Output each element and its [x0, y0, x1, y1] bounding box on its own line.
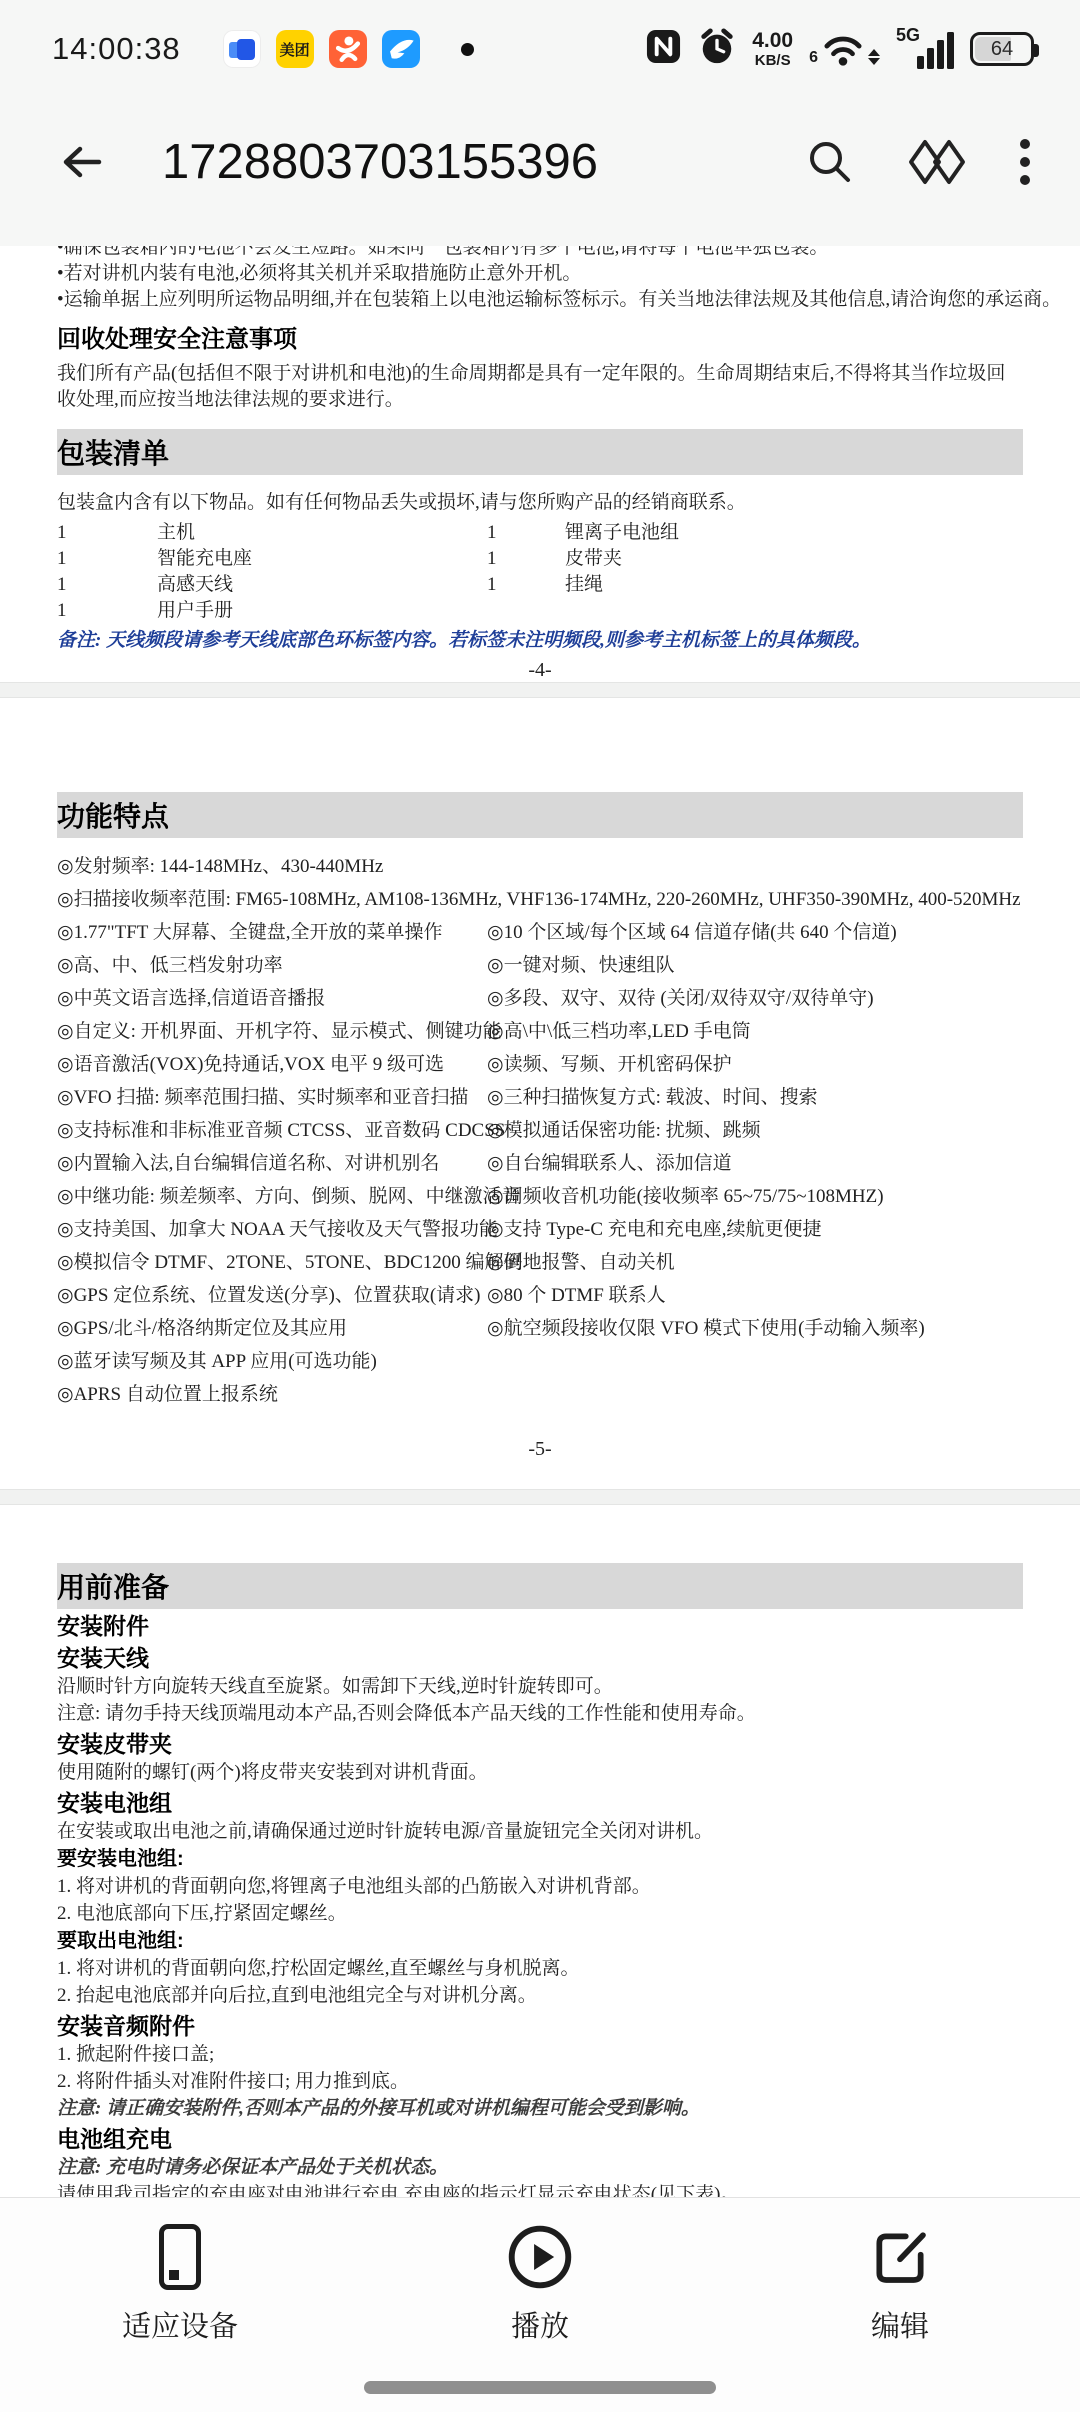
wifi-icon — [820, 30, 866, 68]
document-title: 1728803703155396 — [162, 134, 598, 190]
feature-item: ◎航空频段接收仅限 VFO 模式下使用(手动输入频率) — [487, 1312, 1023, 1345]
body-text: 注意: 请勿手持天线顶端甩动本产品,否则会降低本产品天线的工作性能和使用寿命。 — [57, 1700, 1023, 1727]
packing-list: 1主机1锂离子电池组 1智能充电座1皮带夹 1高感天线1挂绳 1用户手册 — [57, 520, 1023, 624]
feature-item: ◎发射频率: 144-148MHz、430-440MHz — [57, 850, 1023, 883]
feature-item: ◎GPS 定位系统、位置发送(分享)、位置获取(请求) — [57, 1279, 487, 1312]
cellular-signal: 5G — [896, 27, 954, 71]
edit-icon — [869, 2224, 931, 2290]
fit-device-icon — [159, 2224, 201, 2290]
manual-page-4: •确保包装箱内的电池不会发生短路。如果同一包装箱内有多个电池,请将每个电池单独包… — [0, 246, 1080, 682]
signal-bars-icon — [917, 32, 954, 69]
battery-level: 64 — [991, 38, 1013, 61]
numbered-step: 1. 将对讲机的背面朝向您,将锂离子电池组头部的凸筋嵌入对讲机背部。 — [57, 1873, 1023, 1900]
sub-heading: 安装附件 — [57, 1612, 1023, 1641]
caution-note: 注意: 充电时请务必保证本产品处于关机状态。 — [57, 2154, 1023, 2181]
body-text: 使用随附的螺钉(两个)将皮带夹安装到对讲机背面。 — [57, 1759, 1023, 1786]
sub-heading: 安装音频附件 — [57, 2012, 1023, 2041]
numbered-step: 1. 掀起附件接口盖; — [57, 2041, 1023, 2068]
minor-heading: 要取出电池组: — [57, 1927, 1023, 1955]
alarm-clock-icon — [698, 28, 736, 71]
feature-item: ◎10 个区域/每个区域 64 信道存储(共 640 个信道) — [487, 916, 1023, 949]
features-header: 功能特点 — [57, 792, 1023, 838]
notification-dot-icon — [461, 43, 474, 56]
feature-item: ◎扫描接收频率范围: FM65-108MHz, AM108-136MHz, VH… — [57, 883, 1023, 916]
minor-heading: 要安装电池组: — [57, 1845, 1023, 1873]
feature-item: ◎多段、双守、双待 (关闭/双待双守/双待单守) — [487, 982, 1023, 1015]
manual-page-5: 功能特点 ◎发射频率: 144-148MHz、430-440MHz ◎扫描接收频… — [0, 698, 1080, 1489]
feature-item: ◎自定义: 开机界面、开机字符、显示模式、侧键功能 — [57, 1015, 487, 1048]
packing-row: 1用户手册 — [57, 598, 1023, 624]
feature-item: ◎高\中\低三档功率,LED 手电筒 — [487, 1015, 1023, 1048]
feature-item: ◎语音激活(VOX)免持通话,VOX 电平 9 级可选 — [57, 1048, 487, 1081]
play-label: 播放 — [511, 2304, 569, 2345]
search-button[interactable] — [804, 136, 856, 188]
feature-item: ◎一键对频、快速组队 — [487, 949, 1023, 982]
feature-item: ◎1.77"TFT 大屏幕、全键盘,全开放的菜单操作 — [57, 916, 487, 949]
feature-item: ◎中英文语言选择,信道语音播报 — [57, 982, 487, 1015]
battery-indicator: 64 — [970, 32, 1034, 66]
feature-item: ◎倒地报警、自动关机 — [487, 1246, 1023, 1279]
document-viewer[interactable]: •确保包装箱内的电池不会发生短路。如果同一包装箱内有多个电池,请将每个电池单独包… — [0, 246, 1080, 2197]
meituan-app-icon: 美团 — [276, 30, 314, 68]
numbered-step: 2. 电池底部向下压,拧紧固定螺丝。 — [57, 1900, 1023, 1927]
feature-item: ◎支持美国、加拿大 NOAA 天气接收及天气警报功能 — [57, 1213, 487, 1246]
page-number-5: -5- — [57, 1437, 1023, 1461]
phone-screen: 14:00:38 美团 4.00 KB/S 6 — [0, 0, 1080, 2412]
play-icon — [507, 2224, 573, 2290]
safety-bullet: •若对讲机内装有电池,必须将其关机并采取措施防止意外开机。 — [57, 261, 1023, 287]
preparation-header: 用前准备 — [57, 1563, 1023, 1609]
page-separator — [0, 682, 1080, 698]
caution-note: 注意: 请正确安装附件,否则本产品的外接耳机或对讲机编程可能会受到影响。 — [57, 2095, 1023, 2122]
nfc-icon — [645, 28, 682, 70]
app-logo-button[interactable] — [908, 137, 966, 187]
feature-item: ◎高、中、低三档发射功率 — [57, 949, 487, 982]
recycle-body: 我们所有产品(包括但不限于对讲机和电池)的生命周期都是具有一定年限的。生命周期结… — [57, 361, 1023, 413]
wifi-number: 6 — [809, 49, 818, 67]
packing-intro: 包装盒内含有以下物品。如有任何物品丢失或损坏,请与您所购产品的经销商联系。 — [57, 489, 1023, 516]
packing-row: 1智能充电座1皮带夹 — [57, 546, 1023, 572]
status-indicators: 4.00 KB/S 6 5G 64 — [645, 27, 1034, 71]
fit-device-label: 适应设备 — [122, 2304, 238, 2345]
bottom-toolbar: 适应设备 播放 编辑 — [0, 2197, 1080, 2412]
network-speed: 4.00 KB/S — [752, 30, 793, 68]
feature-item: ◎GPS/北斗/格洛纳斯定位及其应用 — [57, 1312, 487, 1345]
safety-bullet: •运输单据上应列明所运物品明细,并在包装箱上以电池运输标签标示。有关当地法律法规… — [57, 287, 1023, 313]
sub-heading: 电池组充电 — [57, 2125, 1023, 2154]
dingtalk-app-icon — [382, 30, 420, 68]
safety-bullet: •确保包装箱内的电池不会发生短路。如果同一包装箱内有多个电池,请将每个电池单独包… — [57, 246, 1023, 261]
packing-row: 1主机1锂离子电池组 — [57, 520, 1023, 546]
edit-label: 编辑 — [871, 2304, 929, 2345]
packing-row: 1高感天线1挂绳 — [57, 572, 1023, 598]
feature-item: ◎中继功能: 频差频率、方向、倒频、脱网、中继激活音 — [57, 1180, 487, 1213]
feature-item: ◎读频、写频、开机密码保护 — [487, 1048, 1023, 1081]
feature-item: ◎内置输入法,自台编辑信道名称、对讲机别名 — [57, 1147, 487, 1180]
feature-item: ◎支持 Type-C 充电和充电座,续航更便捷 — [487, 1213, 1023, 1246]
numbered-step: 2. 将附件插头对准附件接口; 用力推到底。 — [57, 2068, 1023, 2095]
body-text: 请使用我司指定的充电座对电池进行充电,充电座的指示灯显示充电状态(见下表)。 — [57, 2181, 1023, 2197]
recycle-heading: 回收处理安全注意事项 — [57, 325, 1023, 355]
speed-value: 4.00 — [752, 30, 793, 51]
feature-item: ◎80 个 DTMF 联系人 — [487, 1279, 1023, 1312]
sub-heading: 安装皮带夹 — [57, 1730, 1023, 1759]
feature-item: ◎蓝牙读写频及其 APP 应用(可选功能) — [57, 1345, 1023, 1378]
feature-item: ◎APRS 自动位置上报系统 — [57, 1378, 1023, 1411]
edit-button[interactable]: 编辑 — [720, 2224, 1080, 2412]
status-bar: 14:00:38 美团 4.00 KB/S 6 — [0, 0, 1080, 92]
feature-item: ◎调频收音机功能(接收频率 65~75/75~108MHZ) — [487, 1180, 1023, 1213]
feature-item: ◎自台编辑联系人、添加信道 — [487, 1147, 1023, 1180]
sub-heading: 安装电池组 — [57, 1789, 1023, 1818]
body-text: 沿顺时针方向旋转天线直至旋紧。如需卸下天线,逆时针旋转即可。 — [57, 1673, 1023, 1700]
numbered-step: 1. 将对讲机的背面朝向您,拧松固定螺丝,直至螺丝与身机脱离。 — [57, 1955, 1023, 1982]
numbered-step: 2. 抬起电池底部并向后拉,直到电池组完全与对讲机分离。 — [57, 1982, 1023, 2009]
body-text: 在安装或取出电池之前,请确保通过逆时针旋转电源/音量旋钮完全关闭对讲机。 — [57, 1818, 1023, 1845]
wifi-traffic-arrows-icon — [868, 49, 880, 65]
wecom-app-icon — [223, 30, 261, 68]
notification-app-icons: 美团 — [223, 30, 474, 68]
dianping-app-icon — [329, 30, 367, 68]
back-button[interactable] — [56, 138, 106, 186]
packing-list-header: 包装清单 — [57, 429, 1023, 475]
feature-item: ◎模拟通话保密功能: 扰频、跳频 — [487, 1114, 1023, 1147]
feature-item: ◎支持标准和非标准亚音频 CTCSS、亚音数码 CDCSS — [57, 1114, 487, 1147]
feature-item: ◎三种扫描恢复方式: 载波、时间、搜索 — [487, 1081, 1023, 1114]
overflow-menu-button[interactable] — [1018, 136, 1032, 188]
gesture-navigation-bar[interactable] — [364, 2381, 716, 2394]
fit-device-button[interactable]: 适应设备 — [0, 2224, 360, 2412]
antenna-note: 备注: 天线频段请参考天线底部色环标签内容。若标签未注明频段,则参考主机标签上的… — [57, 628, 1023, 654]
page-separator — [0, 1489, 1080, 1505]
feature-list: ◎发射频率: 144-148MHz、430-440MHz ◎扫描接收频率范围: … — [57, 850, 1023, 1411]
page-number-4: -4- — [57, 658, 1023, 682]
speed-unit: KB/S — [755, 53, 791, 68]
feature-item: ◎VFO 扫描: 频率范围扫描、实时频率和亚音扫描 — [57, 1081, 487, 1114]
app-header: 1728803703155396 — [0, 92, 1080, 246]
wifi-indicator: 6 — [809, 30, 880, 68]
feature-item: ◎模拟信令 DTMF、2TONE、5TONE、BDC1200 编解码 — [57, 1246, 487, 1279]
status-time: 14:00:38 — [52, 31, 181, 67]
sub-heading: 安装天线 — [57, 1644, 1023, 1673]
manual-page-6: 用前准备 安装附件 安装天线 沿顺时针方向旋转天线直至旋紧。如需卸下天线,逆时针… — [0, 1505, 1080, 2197]
